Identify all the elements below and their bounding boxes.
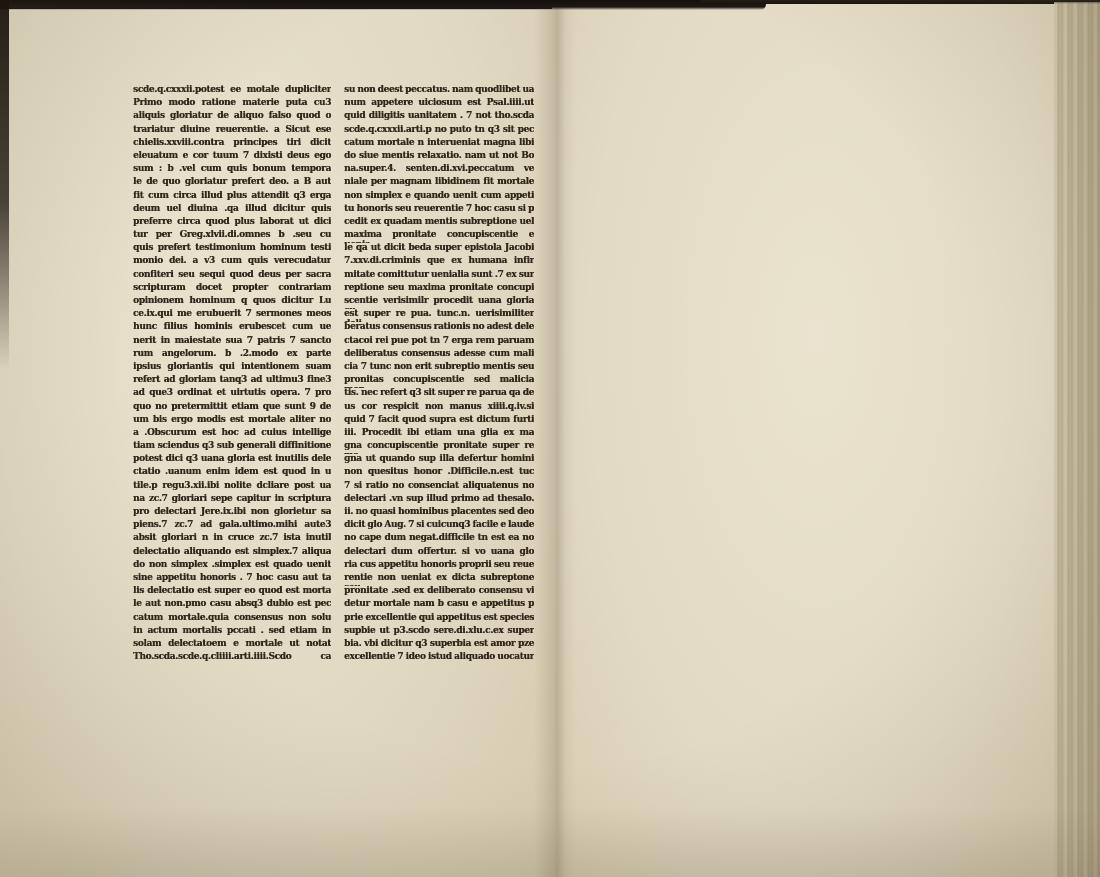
text-line: sum : b .vel cum quis bonum tempora xyxy=(133,164,331,177)
text-line: detur mortale nam b casu e appetitus p xyxy=(344,599,534,612)
text-line: ipsius gloriantis qui intentionem suam xyxy=(133,362,331,375)
text-line: ii. no quasi hominibus placentes sed deo xyxy=(344,507,534,520)
text-line: absit gloriari n in cruce zc.7 ista inut… xyxy=(133,533,331,546)
background-top-edge-thin xyxy=(700,0,1100,4)
left-page-column-1: scde.q.cxxxii.potest ee motale duplicite… xyxy=(133,85,331,665)
background-top-edge xyxy=(0,0,766,10)
text-line: us cor respicit non manus xiiii.q.iv.si xyxy=(344,402,534,415)
text-line: ctacoi rei pue pot tn 7 erga rem paruam xyxy=(344,336,534,349)
text-line: potest dici q3 uana gloria est inutilis … xyxy=(133,454,331,467)
text-line: niale per magnam libidinem fit mortale xyxy=(344,177,534,190)
text-line: in actum mortalis pccati . sed etiam in xyxy=(133,626,331,639)
text-line: quid 7 facit quod supra est dictum furti xyxy=(344,415,534,428)
text-line: tis. nec refert q3 sit super re parua qa… xyxy=(344,388,534,401)
text-line: um bis ergo modis est mortale aliter no xyxy=(133,415,331,428)
text-line: nerit in maiestate sua 7 patris 7 sancto xyxy=(133,336,331,349)
text-line: non simplex e quando uenit cum appeti xyxy=(344,191,534,204)
text-line: le de quo gloriatur prefert deo. a B aut xyxy=(133,177,331,190)
text-line: deliberatus consensus adesse cum mali xyxy=(344,349,534,362)
text-line: refert ad gloriam tanq3 ad ultimu3 fine3 xyxy=(133,375,331,388)
right-page: inanis gloria pp inutilem delectatoemqua… xyxy=(552,4,1062,877)
text-line: preferre circa quod plus laborat ut dici xyxy=(133,217,331,230)
text-line: iii. Procedit ibi etiam una glia ex ma xyxy=(344,428,534,441)
book-photo: scde.q.cxxxii.potest ee motale duplicite… xyxy=(0,0,1100,877)
text-line: rentie non ueniat ex dicta subreptone se… xyxy=(344,573,534,586)
text-line: quo no pretermittit etiam que sunt 9 de xyxy=(133,402,331,415)
text-line: scentie verisimilr procedit uana gloria … xyxy=(344,296,534,309)
text-line: lis delectatio est super eo quod est mor… xyxy=(133,586,331,599)
text-line: su non deest peccatus. nam quodlibet ua xyxy=(344,85,534,98)
left-page: scde.q.cxxxii.potest ee motale duplicite… xyxy=(0,9,552,877)
text-line: 7.xxv.di.criminis que ex humana infir xyxy=(344,256,534,269)
gutter-shadow xyxy=(534,0,576,877)
text-line: ad que3 ordinat et uirtutis opera. 7 pro xyxy=(133,388,331,401)
text-line: solam delectatoem e mortale ut notat xyxy=(133,639,331,652)
page-edges xyxy=(1054,2,1100,877)
text-line: cedit ex quadam mentis subreptione uel xyxy=(344,217,534,230)
text-line: 7 si ratio no consenciat aliquatenus no xyxy=(344,481,534,494)
text-line: quis prefert testimonium hominum testi xyxy=(133,243,331,256)
text-line: do siue mentis relaxatio. nam ut not Bo xyxy=(344,151,534,164)
text-line: no cape dum negat.difficile tn est ea no xyxy=(344,533,534,546)
text-line: ctatio .uanum enim idem est quod in u xyxy=(133,467,331,480)
text-line: le aut non.pmo casu absq3 dubio est pec xyxy=(133,599,331,612)
text-line: Primo modo ratione materie puta cu3 xyxy=(133,98,331,111)
text-line: mitate comittutur uenialia sunt .7 ex su… xyxy=(344,270,534,283)
text-line: maxima pronitate concupiscentie e uenia xyxy=(344,230,534,243)
text-line: excellentie 7 ideo istud aliquado uocatu… xyxy=(344,652,534,665)
text-line: delectari dum offertur. si vo uana glo xyxy=(344,547,534,560)
text-line: scripturam docet propter contrariam xyxy=(133,283,331,296)
text-line: tu honoris seu reuerentie 7 hoc casu si … xyxy=(344,204,534,217)
text-line: tile.p regu3.xii.ibi nolite dcliare post… xyxy=(133,481,331,494)
text-line: na.super.4. senten.di.xvi.peccatum ve xyxy=(344,164,534,177)
text-line: na zc.7 gloriari sepe capitur in scriptu… xyxy=(133,494,331,507)
text-line: deum uel diuina .qa illud dicitur quis xyxy=(133,204,331,217)
text-line: quid diligitis uanitatem . 7 not tho.scd… xyxy=(344,111,534,124)
text-line: tiam sciendus q3 sub generali diffinitio… xyxy=(133,441,331,454)
text-line: scde.q.cxxxii.potest ee motale duplicite… xyxy=(133,85,331,98)
background-left-edge xyxy=(0,0,9,370)
text-line: non quesitus honor .Difficile.n.est tuc xyxy=(344,467,534,480)
text-line: supbie ut p3.scdo sere.di.xlu.c.ex super xyxy=(344,626,534,639)
text-line: do non simplex .simplex est quado uenit xyxy=(133,560,331,573)
text-line: chielis.xxviii.contra principes tiri dic… xyxy=(133,138,331,151)
text-line: pro delectari Jere.ix.ibi non glorietur … xyxy=(133,507,331,520)
text-line: trariatur diuine reuerentie. a Sicut ese xyxy=(133,125,331,138)
text-line: dicit glo Aug. 7 si cuicunq3 facile e la… xyxy=(344,520,534,533)
text-line: pronitate .sed ex deliberato consensu vi xyxy=(344,586,534,599)
text-line: a .Obscurum est hoc ad cuius intellige xyxy=(133,428,331,441)
text-line: fit cum circa illud plus attendit q3 erg… xyxy=(133,191,331,204)
text-line: eleuatum e cor tuum 7 dixisti deus ego xyxy=(133,151,331,164)
text-line: scde.q.cxxxii.arti.p no puto tn q3 sit p… xyxy=(344,125,534,138)
text-line: tur per Greg.xlvii.di.omnes b .seu cu xyxy=(133,230,331,243)
text-line: catum mortale.quia consensus non solu xyxy=(133,613,331,626)
text-line: ria cus appetitu honoris proprii seu reu… xyxy=(344,560,534,573)
text-line: prie excellentie qui appetitus est speci… xyxy=(344,613,534,626)
text-line: Tho.scda.scde.q.cliiii.arti.iiii.Scdo ca xyxy=(133,652,331,665)
text-line: ce.ix.qui me erubuerit 7 sermones meos xyxy=(133,309,331,322)
text-line: piens.7 zc.7 ad gala.ultimo.mihi aute3 xyxy=(133,520,331,533)
text-line: confiteri seu sequi quod deus per sacra xyxy=(133,270,331,283)
text-line: opinionem hominum q quos dicitur Lu xyxy=(133,296,331,309)
text-line: gna concupiscentie pronitate super re ma xyxy=(344,441,534,454)
text-line: delectari .vn sup illud primo ad thesalo… xyxy=(344,494,534,507)
text-line: catum mortale n interueniat magna libi xyxy=(344,138,534,151)
text-line: aliquis gloriatur de aliquo falso quod o xyxy=(133,111,331,124)
text-line: reptione seu maxima pronitate concupi xyxy=(344,283,534,296)
text-line: num appetere uiciosum est Psal.iiii.ut xyxy=(344,98,534,111)
text-line: hunc filius hominis erubescet cum ue xyxy=(133,322,331,335)
text-line: est super re pua. tunc.n. uerisimiliter … xyxy=(344,309,534,322)
text-line: delectatio aliquando est simplex.7 aliqu… xyxy=(133,547,331,560)
text-line: pronitas concupiscentie sed malicia men xyxy=(344,375,534,388)
text-line: cia 7 tunc non erit subreptio mentis seu xyxy=(344,362,534,375)
text-line: bia. vbi dicitur q3 superbia est amor pz… xyxy=(344,639,534,652)
text-line: beratus consensus rationis no adest dele xyxy=(344,322,534,335)
text-line: le qa ut dicit beda super epistola Jacob… xyxy=(344,243,534,256)
text-line: rum angelorum. b .2.modo ex parte xyxy=(133,349,331,362)
text-line: gna ut quando sup illa defertur homini xyxy=(344,454,534,467)
text-line: monio dei. a v3 cum quis verecudatur xyxy=(133,256,331,269)
text-line: sine appetitu honoris . 7 hoc casu aut t… xyxy=(133,573,331,586)
left-page-column-2: su non deest peccatus. nam quodlibet uan… xyxy=(344,85,534,665)
